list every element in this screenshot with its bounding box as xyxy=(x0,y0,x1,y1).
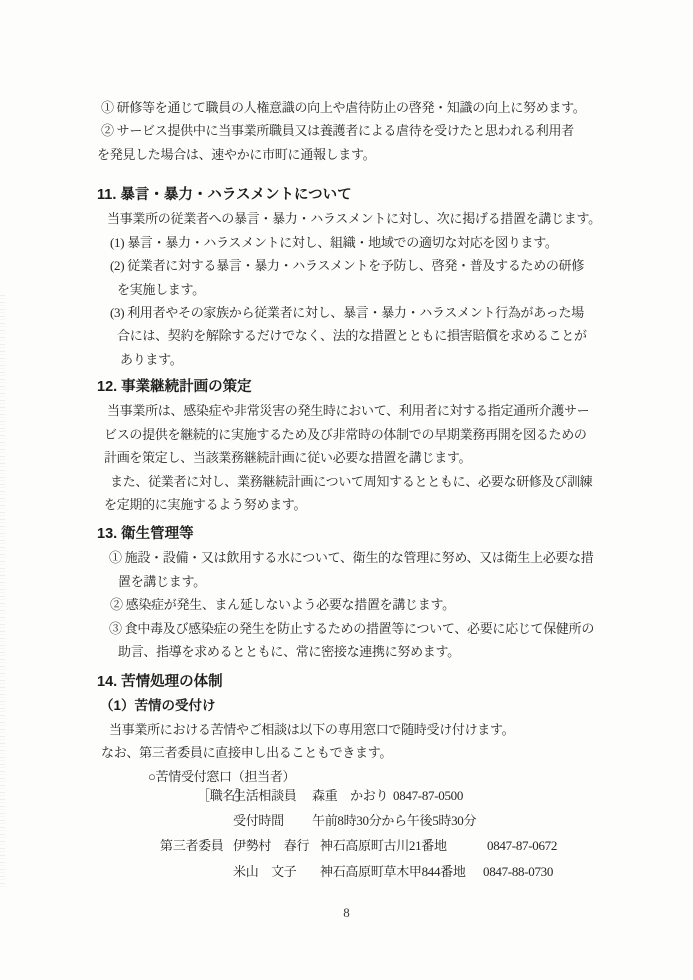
section-13-item-1-continuation: 置を講じます。 xyxy=(118,570,663,593)
section-11-lead: 当事業所の従業者への暴言・暴力・ハラスメントに対し、次に掲げる措置を講じます。 xyxy=(107,207,663,230)
contact-hours-label: 受付時間 xyxy=(233,808,284,833)
contact-label-third-party: 第三者委員 xyxy=(160,833,224,858)
contact-hours-value: 午前8時30分から午後5時30分 xyxy=(312,808,476,833)
contact-person-name: 森重 かおり xyxy=(312,783,388,808)
section-14-paragraph-2: なお、第三者委員に直接申し出ることもできます。 xyxy=(101,741,663,764)
intro-item-2-continuation: を発見した場合は、速やかに市町に通報します。 xyxy=(97,143,663,166)
contact-phone: 0847-87-0672 xyxy=(487,833,557,858)
section-14: 14. 苦情処理の体制 （1）苦情の受付け 当事業所における苦情やご相談は以下の… xyxy=(97,671,663,788)
section-13-item-1: ① 施設・設備・又は飲用する水について、衛生的な管理に努め、又は衛生上必要な措 xyxy=(109,546,663,569)
contact-address: 神石高原町古川21番地 xyxy=(320,833,447,858)
section-11-item-2: (2) 従業者に対する暴言・暴力・ハラスメントを予防し、啓発・普及するための研修 xyxy=(110,254,663,277)
contact-row-staff: ［職名］ 生活相談員 森重 かおり 0847-87-0500 xyxy=(97,783,657,808)
section-14-heading: 14. 苦情処理の体制 xyxy=(97,671,663,694)
contact-role: 生活相談員 xyxy=(233,783,297,808)
section-12-paragraph-2-line-1: また、従業者に対し、業務継続計画について周知するとともに、必要な研修及び訓練 xyxy=(110,470,663,493)
intro-item-2: ② サービス提供中に当事業所職員又は養護者による虐待を受けたと思われる利用者 xyxy=(101,119,663,142)
complaint-contact-table: ［職名］ 生活相談員 森重 かおり 0847-87-0500 受付時間 午前8時… xyxy=(97,783,657,884)
section-12-paragraph-2-line-2: を定期的に実施するよう努めます。 xyxy=(104,493,663,516)
section-12: 12. 事業継続計画の策定 当事業所は、感染症や非常災害の発生時において、利用者… xyxy=(97,376,663,516)
section-11: 11. 暴言・暴力・ハラスメントについて 当事業所の従業者への暴言・暴力・ハラス… xyxy=(97,184,663,371)
page-number: 8 xyxy=(0,905,693,921)
section-11-item-3-continuation-1: 合には、契約を解除するだけでなく、法的な措置とともに損害賠償を求めることが xyxy=(117,324,663,347)
intro-item-1: ① 研修等を通じて職員の人権意識の向上や虐待防止の啓発・知識の向上に努めます。 xyxy=(101,96,663,119)
section-14-subheading-1: （1）苦情の受付け xyxy=(100,694,663,717)
section-13-item-2: ② 感染症が発生、まん延しないよう必要な措置を講じます。 xyxy=(110,593,663,616)
contact-row-hours: 受付時間 午前8時30分から午後5時30分 xyxy=(97,808,657,833)
section-12-paragraph-1-line-2: ビスの提供を継続的に実施するため及び非常時の体制での早期業務再開を図るための xyxy=(104,423,663,446)
section-13-item-3: ③ 食中毒及び感染症の発生を防止するための措置等について、必要に応じて保健所の xyxy=(109,617,663,640)
intro-block: ① 研修等を通じて職員の人権意識の向上や虐待防止の啓発・知識の向上に努めます。 … xyxy=(97,96,663,166)
section-14-paragraph-1: 当事業所における苦情やご相談は以下の専用窓口で随時受け付けます。 xyxy=(109,718,663,741)
section-13: 13. 衛生管理等 ① 施設・設備・又は飲用する水について、衛生的な管理に努め、… xyxy=(97,523,663,663)
section-12-paragraph-1-line-3: 計画を策定し、当該業務継続計画に従い必要な措置を講じます。 xyxy=(104,446,663,469)
contact-address: 神石高原町草木甲844番地 xyxy=(320,859,466,884)
section-13-heading: 13. 衛生管理等 xyxy=(97,523,663,546)
section-12-heading: 12. 事業継続計画の策定 xyxy=(97,376,663,399)
contact-phone: 0847-87-0500 xyxy=(393,783,463,808)
contact-person-name: 米山 文子 xyxy=(233,859,297,884)
section-11-item-1: (1) 暴言・暴力・ハラスメントに対し、組織・地域での適切な対応を図ります。 xyxy=(110,231,663,254)
section-11-heading: 11. 暴言・暴力・ハラスメントについて xyxy=(97,184,663,207)
contact-person-name: 伊勢村 春行 xyxy=(233,833,309,858)
contact-row-third-party-1: 第三者委員 伊勢村 春行 神石高原町古川21番地 0847-87-0672 xyxy=(97,833,657,858)
section-11-item-2-continuation: を実施します。 xyxy=(117,278,663,301)
section-11-item-3-continuation-2: あります。 xyxy=(120,348,663,371)
contact-phone: 0847-88-0730 xyxy=(483,859,553,884)
document-page: ① 研修等を通じて職員の人権意識の向上や虐待防止の啓発・知識の向上に努めます。 … xyxy=(0,0,693,980)
section-12-paragraph-1-line-1: 当事業所は、感染症や非常災害の発生時において、利用者に対する指定通所介護サー xyxy=(107,399,663,422)
section-11-item-3: (3) 利用者やその家族から従業者に対し、暴言・暴力・ハラスメント行為があった場 xyxy=(110,301,663,324)
section-13-item-3-continuation: 助言、指導を求めるとともに、常に密接な連携に努めます。 xyxy=(118,640,663,663)
scan-edge-artifact xyxy=(0,295,5,890)
contact-row-third-party-2: 米山 文子 神石高原町草木甲844番地 0847-88-0730 xyxy=(97,859,657,884)
